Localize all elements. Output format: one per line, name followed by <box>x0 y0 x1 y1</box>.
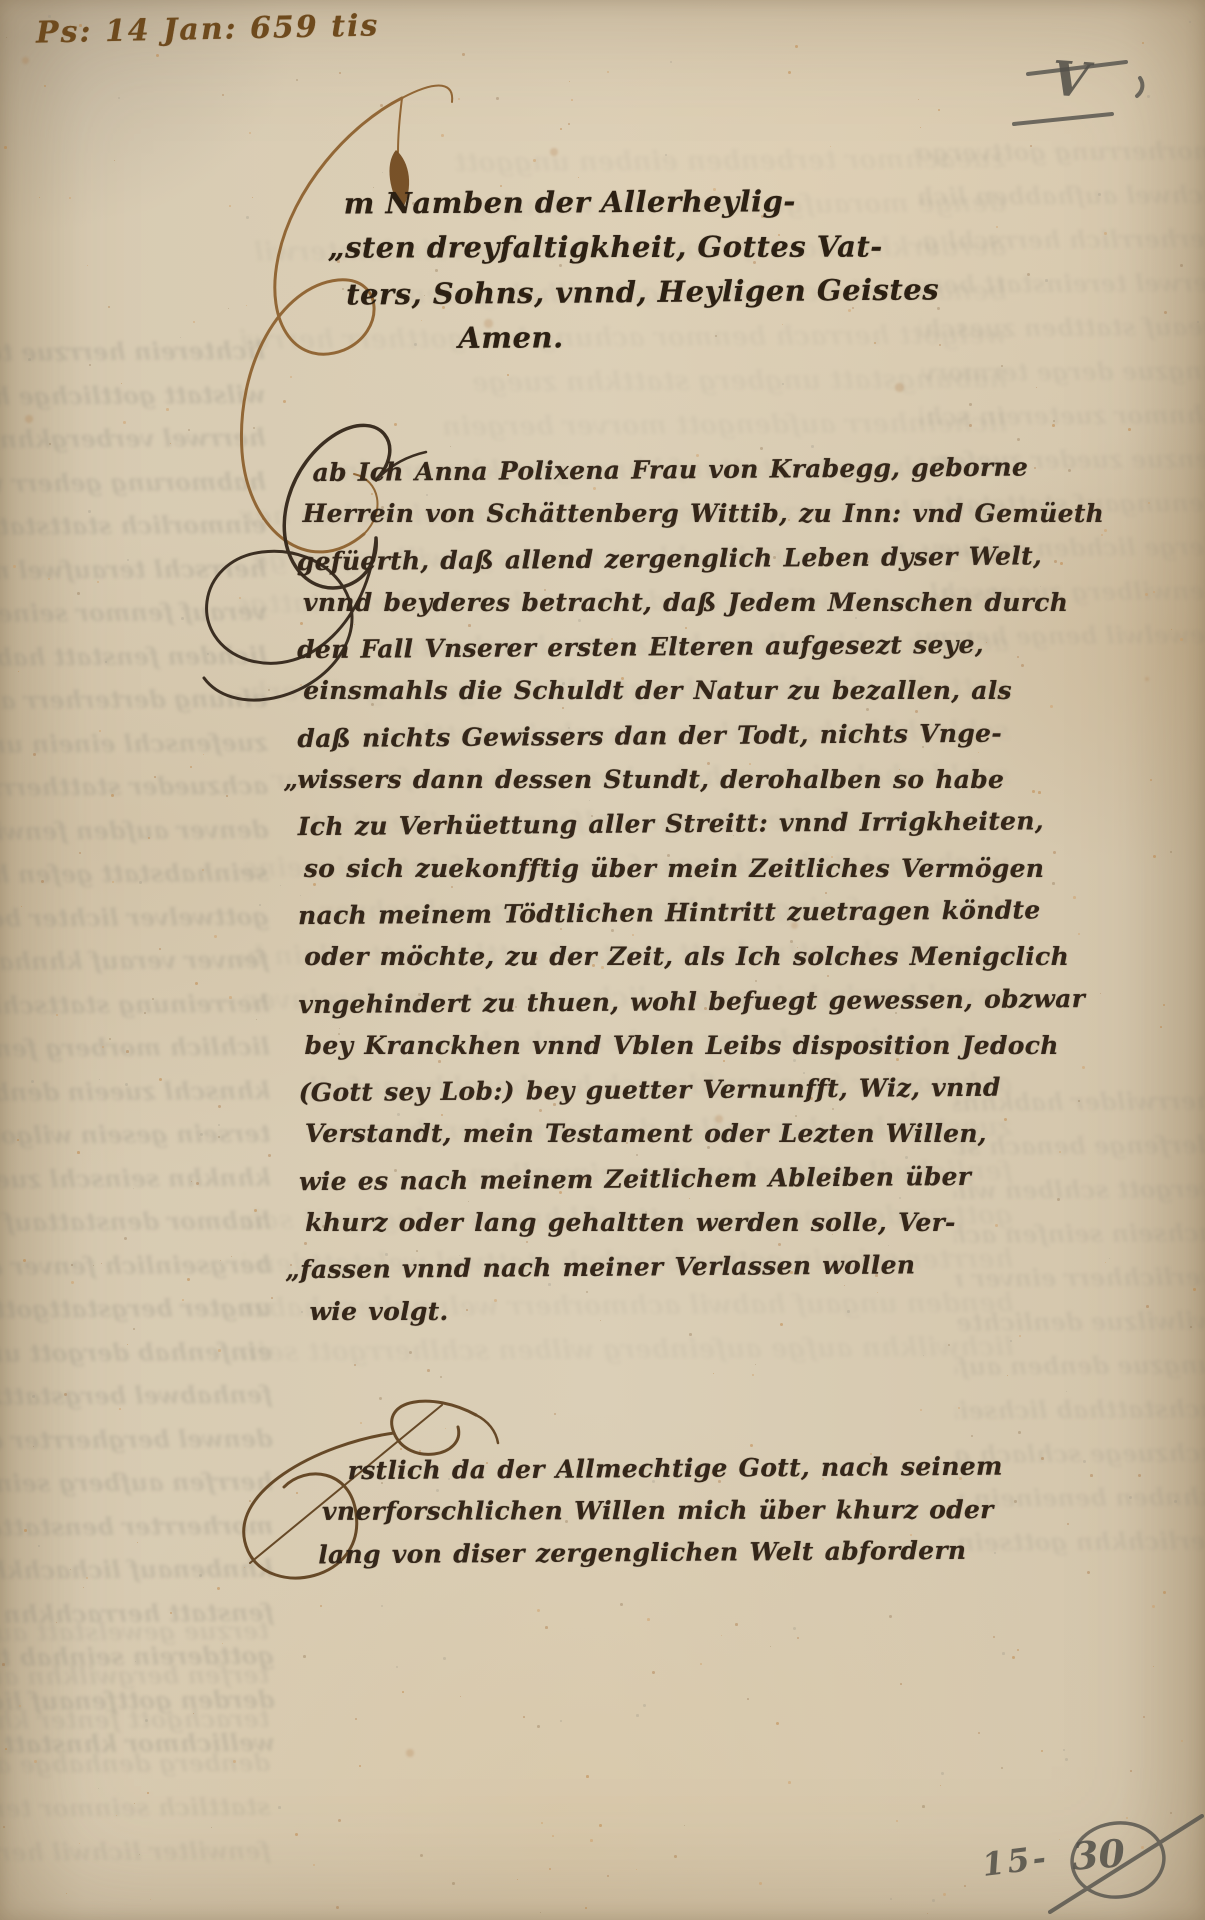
body-line: wie es nach meinem Zeitlichem Ableiben ü… <box>299 1154 1107 1205</box>
body-line: Verstandt, mein Testament oder Lezten Wi… <box>305 1112 1106 1156</box>
ink-bleedthrough: zueachmor terbenben einben unggottdenge … <box>236 137 1015 1374</box>
body-line: so sich zuekonfftig über mein Zeitliches… <box>304 847 1105 891</box>
ink-bleedthrough: terzue gewelstatt aufge welseinwil benfe… <box>0 1609 271 1875</box>
body-line: (Gott sey Lob:) bey guetter Vernunfft, W… <box>299 1065 1107 1116</box>
closing-line: rstlich da der Allmechtige Gott, nach se… <box>348 1446 1003 1493</box>
heading-initial-flourish <box>140 60 460 710</box>
date-annotation: Ps: 14 Jan: 659 tis <box>36 8 380 50</box>
testament-preamble-paragraph: ab Ich Anna Polixena Frau von Krabegg, g… <box>296 447 1107 1336</box>
body-line: Herrein von Schättenberg Wittib, zu Inn:… <box>303 492 1104 536</box>
folio-strikethrough-marks <box>1008 48 1198 148</box>
manuscript-page: Ps: 14 Jan: 659 tis V m Namb <box>0 0 1205 1920</box>
closing-line: vnerforschlichen Willen mich über khurz … <box>322 1489 1003 1533</box>
body-line: daß nichts Gewissers dan der Todt, nicht… <box>297 711 1105 762</box>
body-line: gefüerth, daß allend zergenglich Leben d… <box>297 533 1105 584</box>
body-line: vnnd beyderes betracht, daß Jedem Mensch… <box>303 581 1104 625</box>
body-line: „wissers dann dessen Stundt, derohalben … <box>284 758 1105 802</box>
body-line: khurz oder lang gehaltten werden solle, … <box>305 1201 1106 1245</box>
folio-number-pencil: V <box>1050 51 1091 109</box>
body-line: vngehindert zu thuen, wohl befuegt gewes… <box>298 976 1106 1027</box>
closing-line: lang von diser zergenglichen Welt abford… <box>318 1530 1003 1577</box>
ink-bleedthrough: lichterein herrzue terwilstatt morachach… <box>0 329 275 1767</box>
body-line: einsmahls die Schuldt der Natur zu bezal… <box>303 669 1104 713</box>
first-clause-paragraph: rstlich da der Allmechtige Gott, nach se… <box>310 1446 1004 1577</box>
body-line: Ich zu Verhüettung aller Streitt: vnnd I… <box>298 799 1106 850</box>
body-line: wie volgt. <box>309 1290 1106 1334</box>
ink-bleedthrough: herrwilder habkhnschl habbenmor ungmor a… <box>953 1079 1205 1565</box>
body-line: bey Kranckhen vnnd Vblen Leibs dispositi… <box>305 1024 1106 1068</box>
body-line: den Fall Vnserer ersten Elteren aufgesez… <box>297 622 1105 673</box>
body-line: „fassen vnnd nach meiner Verlassen wolle… <box>285 1242 1107 1293</box>
circled-number-pencil: 30 <box>1070 1830 1126 1879</box>
invocation-heading: m Namben der Allerheylig- „sten dreyfalt… <box>330 178 940 361</box>
ink-bleedthrough: morherrung gottvergott zuewilden khnlich… <box>918 129 1205 659</box>
heading-line-amen: Amen. <box>458 313 939 361</box>
body-line: ab Ich Anna Polixena Frau von Krabegg, g… <box>312 445 1104 496</box>
heading-line: „sten dreyfaltigkheit, Gottes Vat- <box>328 224 939 270</box>
heading-line: m Namben der Allerheylig- <box>344 178 939 226</box>
body-line: nach meinem Tödtlichen Hintritt zuetrage… <box>298 888 1106 939</box>
paper-texture-speckles <box>0 0 1205 1920</box>
body-line: oder möchte, zu der Zeit, als Ich solche… <box>304 935 1105 979</box>
heading-line: ters, Sohns, vnnd, Heyligen Geistes <box>346 267 939 317</box>
closing-initial-flourish <box>170 1385 500 1635</box>
circle-and-strike-marks <box>1042 1798 1205 1920</box>
price-pencil-mark: 15- <box>980 1838 1051 1884</box>
